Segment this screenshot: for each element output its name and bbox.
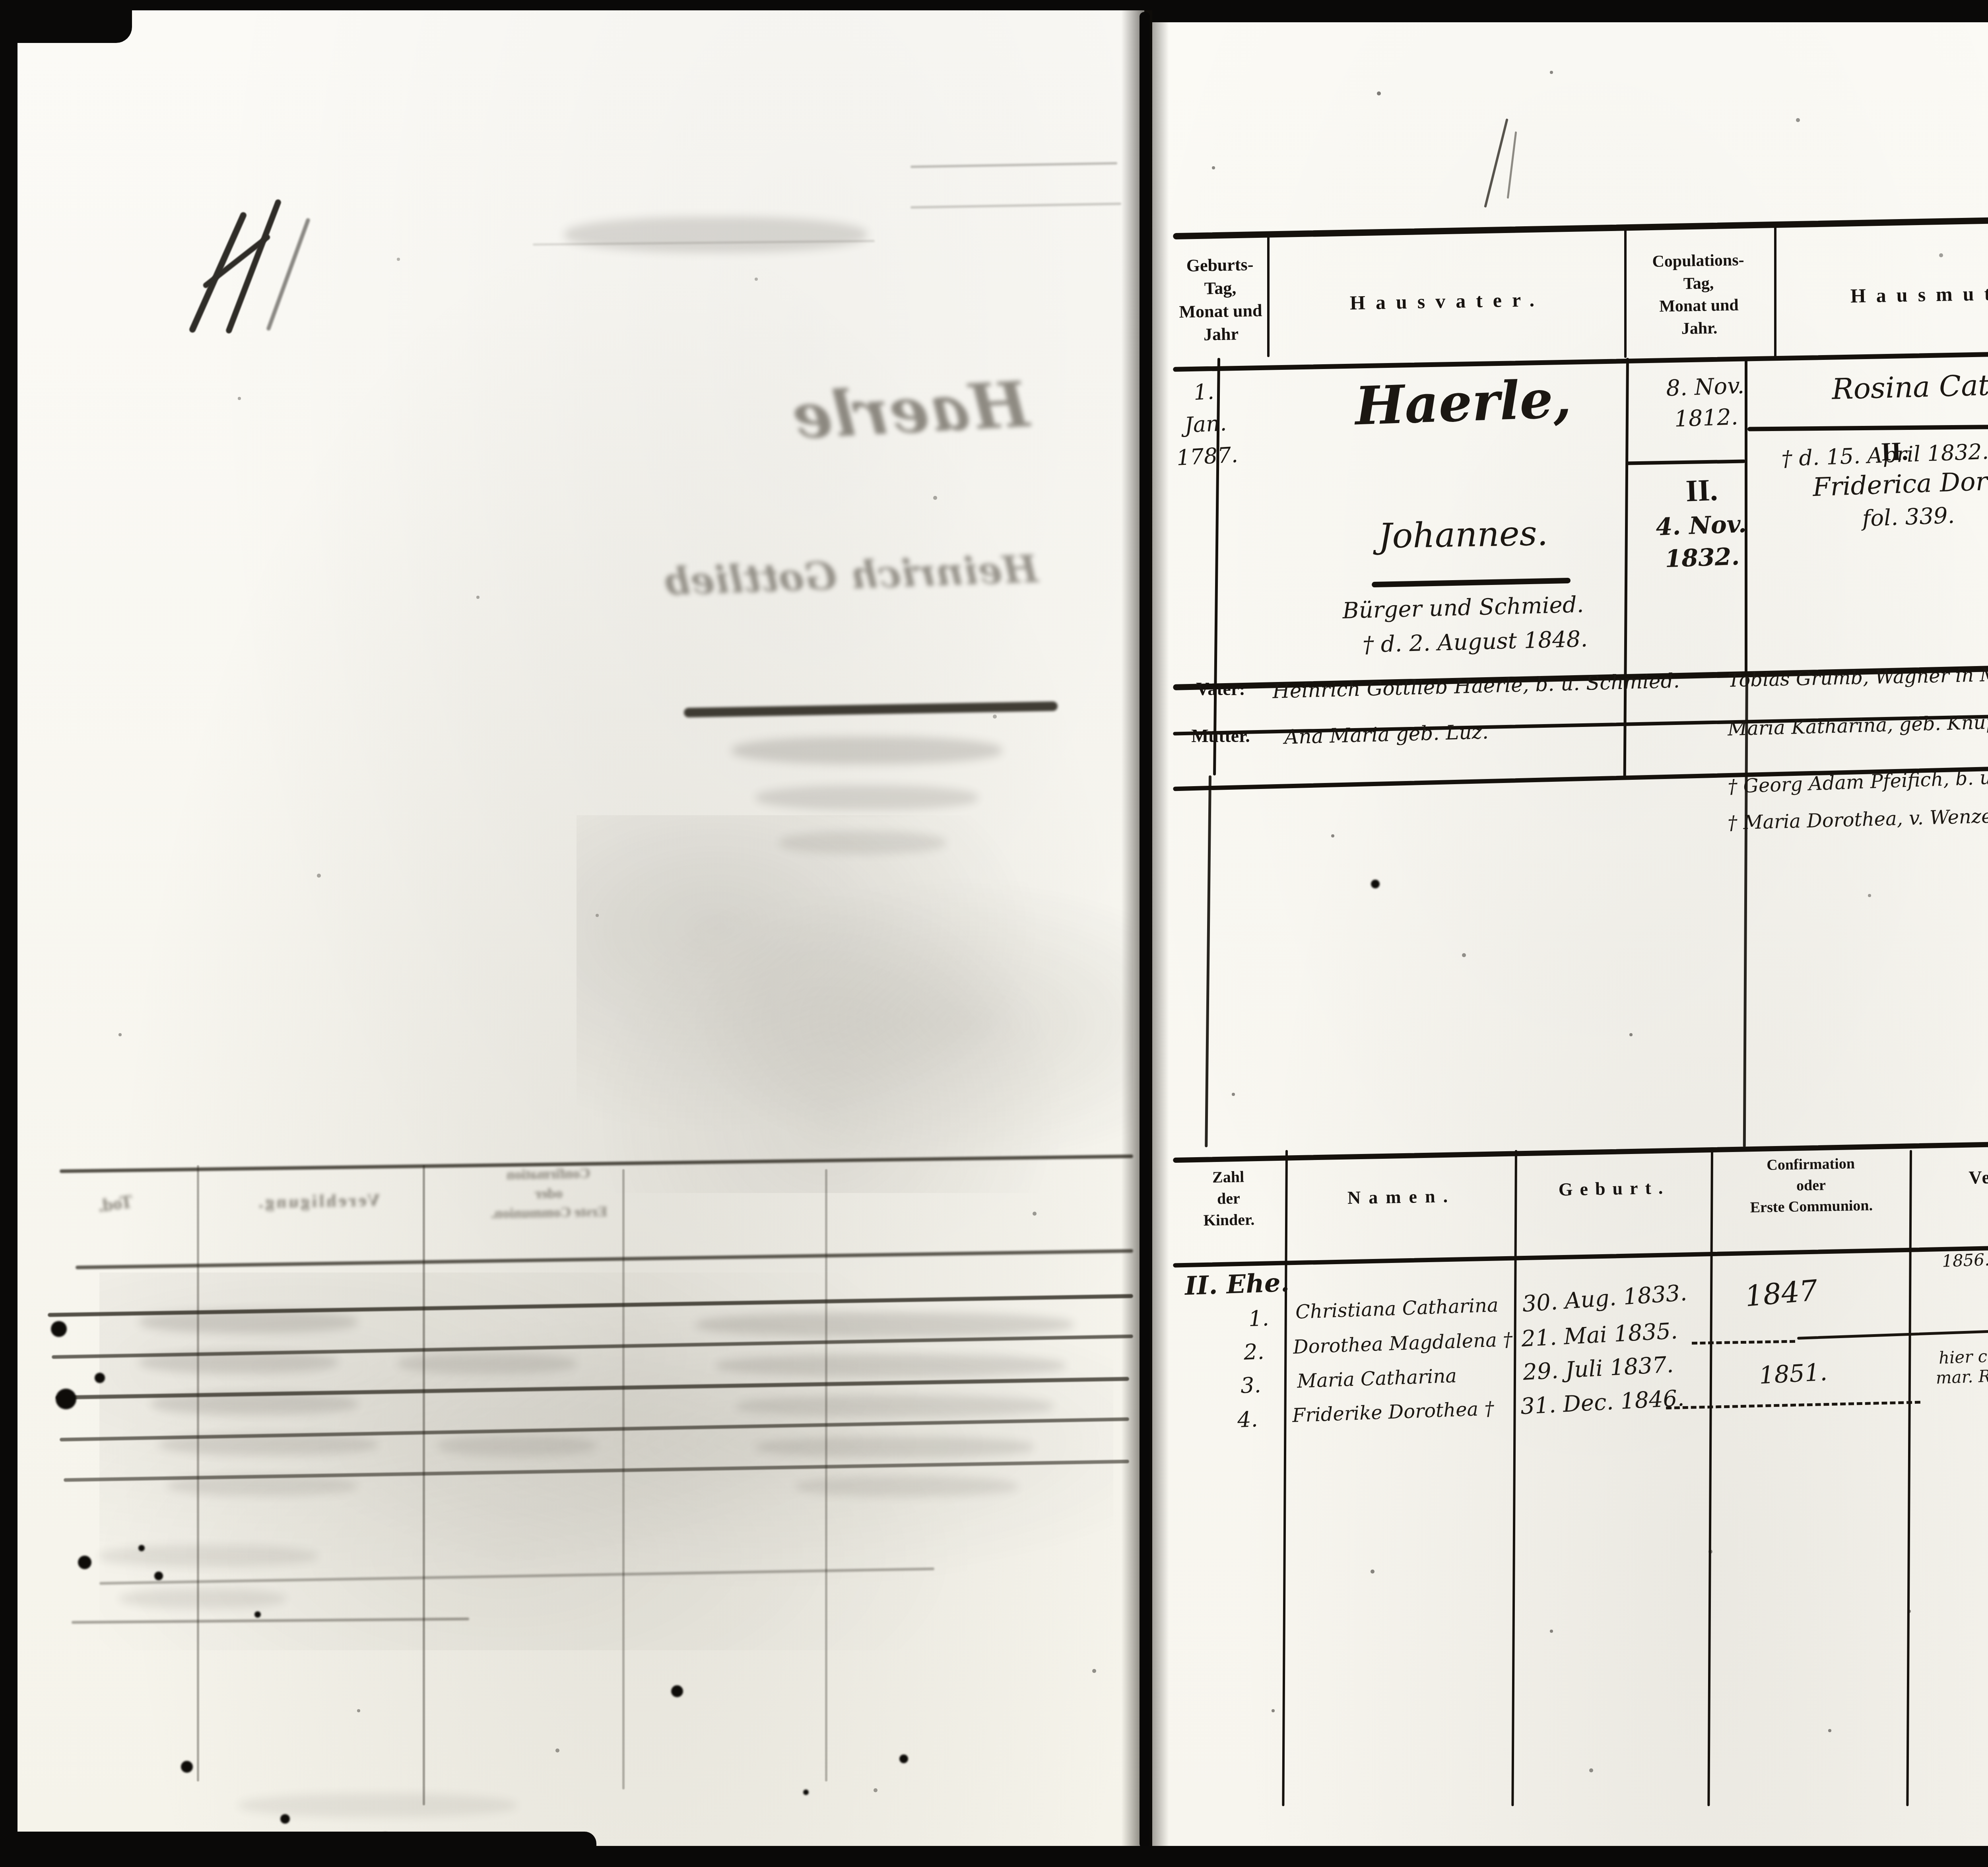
child-marriage: 1856. fol. 156. marit. Geningen. xyxy=(1926,1244,1988,1293)
father-label-left: Vater: xyxy=(1177,678,1264,699)
ink-blot xyxy=(1371,880,1380,888)
bleed-row-smudge xyxy=(696,1312,1074,1337)
husband-given-name: Johannes. xyxy=(1324,513,1603,557)
bleed-smudge xyxy=(565,217,867,253)
children-header-confirmation: Confirmation oder Erste Communion. xyxy=(1717,1152,1905,1219)
ink-blot xyxy=(154,1572,163,1580)
bleed-row-smudge xyxy=(716,1354,1066,1377)
frame-top-left-blob xyxy=(0,0,132,43)
children-header-namen: Namen. xyxy=(1294,1184,1509,1209)
wife2-folio: fol. 339. xyxy=(1829,501,1988,533)
ink-blot xyxy=(803,1789,809,1795)
ink-blot xyxy=(95,1373,105,1383)
ink-blot xyxy=(181,1761,193,1773)
frame-top-right xyxy=(1152,0,1988,22)
ink-blot xyxy=(280,1814,290,1824)
bleed-row-smudge xyxy=(795,1476,1018,1497)
scanned-register-page: Haerle Heinrich Gottlieb Tod. Verehligun… xyxy=(0,0,1988,1867)
header-birth-left: Geburts- Tag, Monat und Jahr xyxy=(1173,253,1268,347)
aging-mottle xyxy=(577,815,1133,1193)
ink-blot xyxy=(254,1611,261,1618)
ink-blot xyxy=(899,1754,908,1763)
ink-blot xyxy=(78,1556,91,1569)
marriage2-date: 4. Nov. 1832. xyxy=(1641,508,1762,576)
scribble-stroke xyxy=(266,218,311,331)
child-confirmation: 1851. xyxy=(1749,1358,1837,1390)
child-row-num: 1. xyxy=(1248,1306,1270,1331)
bleed-row-smudge xyxy=(99,1545,318,1567)
children-marriage-label: II. Ehe. xyxy=(1184,1267,1301,1301)
frame-left xyxy=(0,0,17,1867)
ink-blot xyxy=(56,1389,76,1409)
ink-blot xyxy=(138,1545,145,1551)
mother-label-left: Mutter. xyxy=(1175,725,1266,746)
marriage1-date: 8. Nov. 1812. xyxy=(1647,370,1764,436)
marriage2-numeral: II. xyxy=(1669,471,1734,509)
gutter-line xyxy=(1140,12,1150,1848)
children-header-zahl: Zahl der Kinder. xyxy=(1175,1166,1283,1232)
bleed-row-smudge xyxy=(239,1793,517,1817)
bleed-row-smudge xyxy=(119,1589,286,1609)
bleed-row-smudge xyxy=(755,1436,1034,1458)
bleed-row-smudge xyxy=(139,1351,338,1374)
frame-bottom-left xyxy=(0,1832,596,1867)
bleed-text-smudge xyxy=(732,736,1002,764)
bleed-row-smudge xyxy=(398,1353,577,1374)
bleed-row-smudge xyxy=(167,1475,358,1496)
ink-blot xyxy=(51,1321,67,1337)
bleed-col-line xyxy=(197,1165,199,1782)
bleed-header-verehligung: Verehligung. xyxy=(207,1189,430,1213)
bleed-row-smudge xyxy=(159,1434,378,1455)
bleed-header-confirmation: Confirmation oder Erste Communion. xyxy=(449,1163,648,1224)
husband-birth-date: 1. Jan. 1787. xyxy=(1171,374,1240,474)
bleed-text-smudge xyxy=(755,785,978,810)
wife2-numeral: II. xyxy=(1864,435,1925,468)
child-row-num: 2. xyxy=(1243,1339,1265,1365)
child-marriage: hier cop. 4 Okt. 1860. mar. Riemenmacher… xyxy=(1924,1341,1988,1409)
header-copulation: Copulations- Tag, Monat und Jahr. xyxy=(1619,249,1778,342)
bleed-col-line xyxy=(622,1169,625,1789)
bleed-row-smudge xyxy=(139,1310,358,1333)
bleed-row-smudge xyxy=(437,1436,596,1456)
children-header-geburt: Geburt. xyxy=(1523,1176,1706,1201)
child-row-num: 3. xyxy=(1240,1372,1262,1398)
children-header-verehligung: Verehligung. xyxy=(1920,1164,1988,1189)
husband-surname: Haerle, xyxy=(1303,366,1623,439)
corner-scribble xyxy=(171,191,338,366)
child-row-num: 4. xyxy=(1237,1407,1258,1432)
bleed-row-smudge xyxy=(736,1395,1054,1417)
bleed-col-line xyxy=(825,1169,827,1782)
scribble-stroke xyxy=(202,233,271,289)
ink-blot xyxy=(671,1685,683,1697)
bleed-col-line xyxy=(423,1165,425,1805)
bleed-row-smudge xyxy=(151,1393,358,1415)
